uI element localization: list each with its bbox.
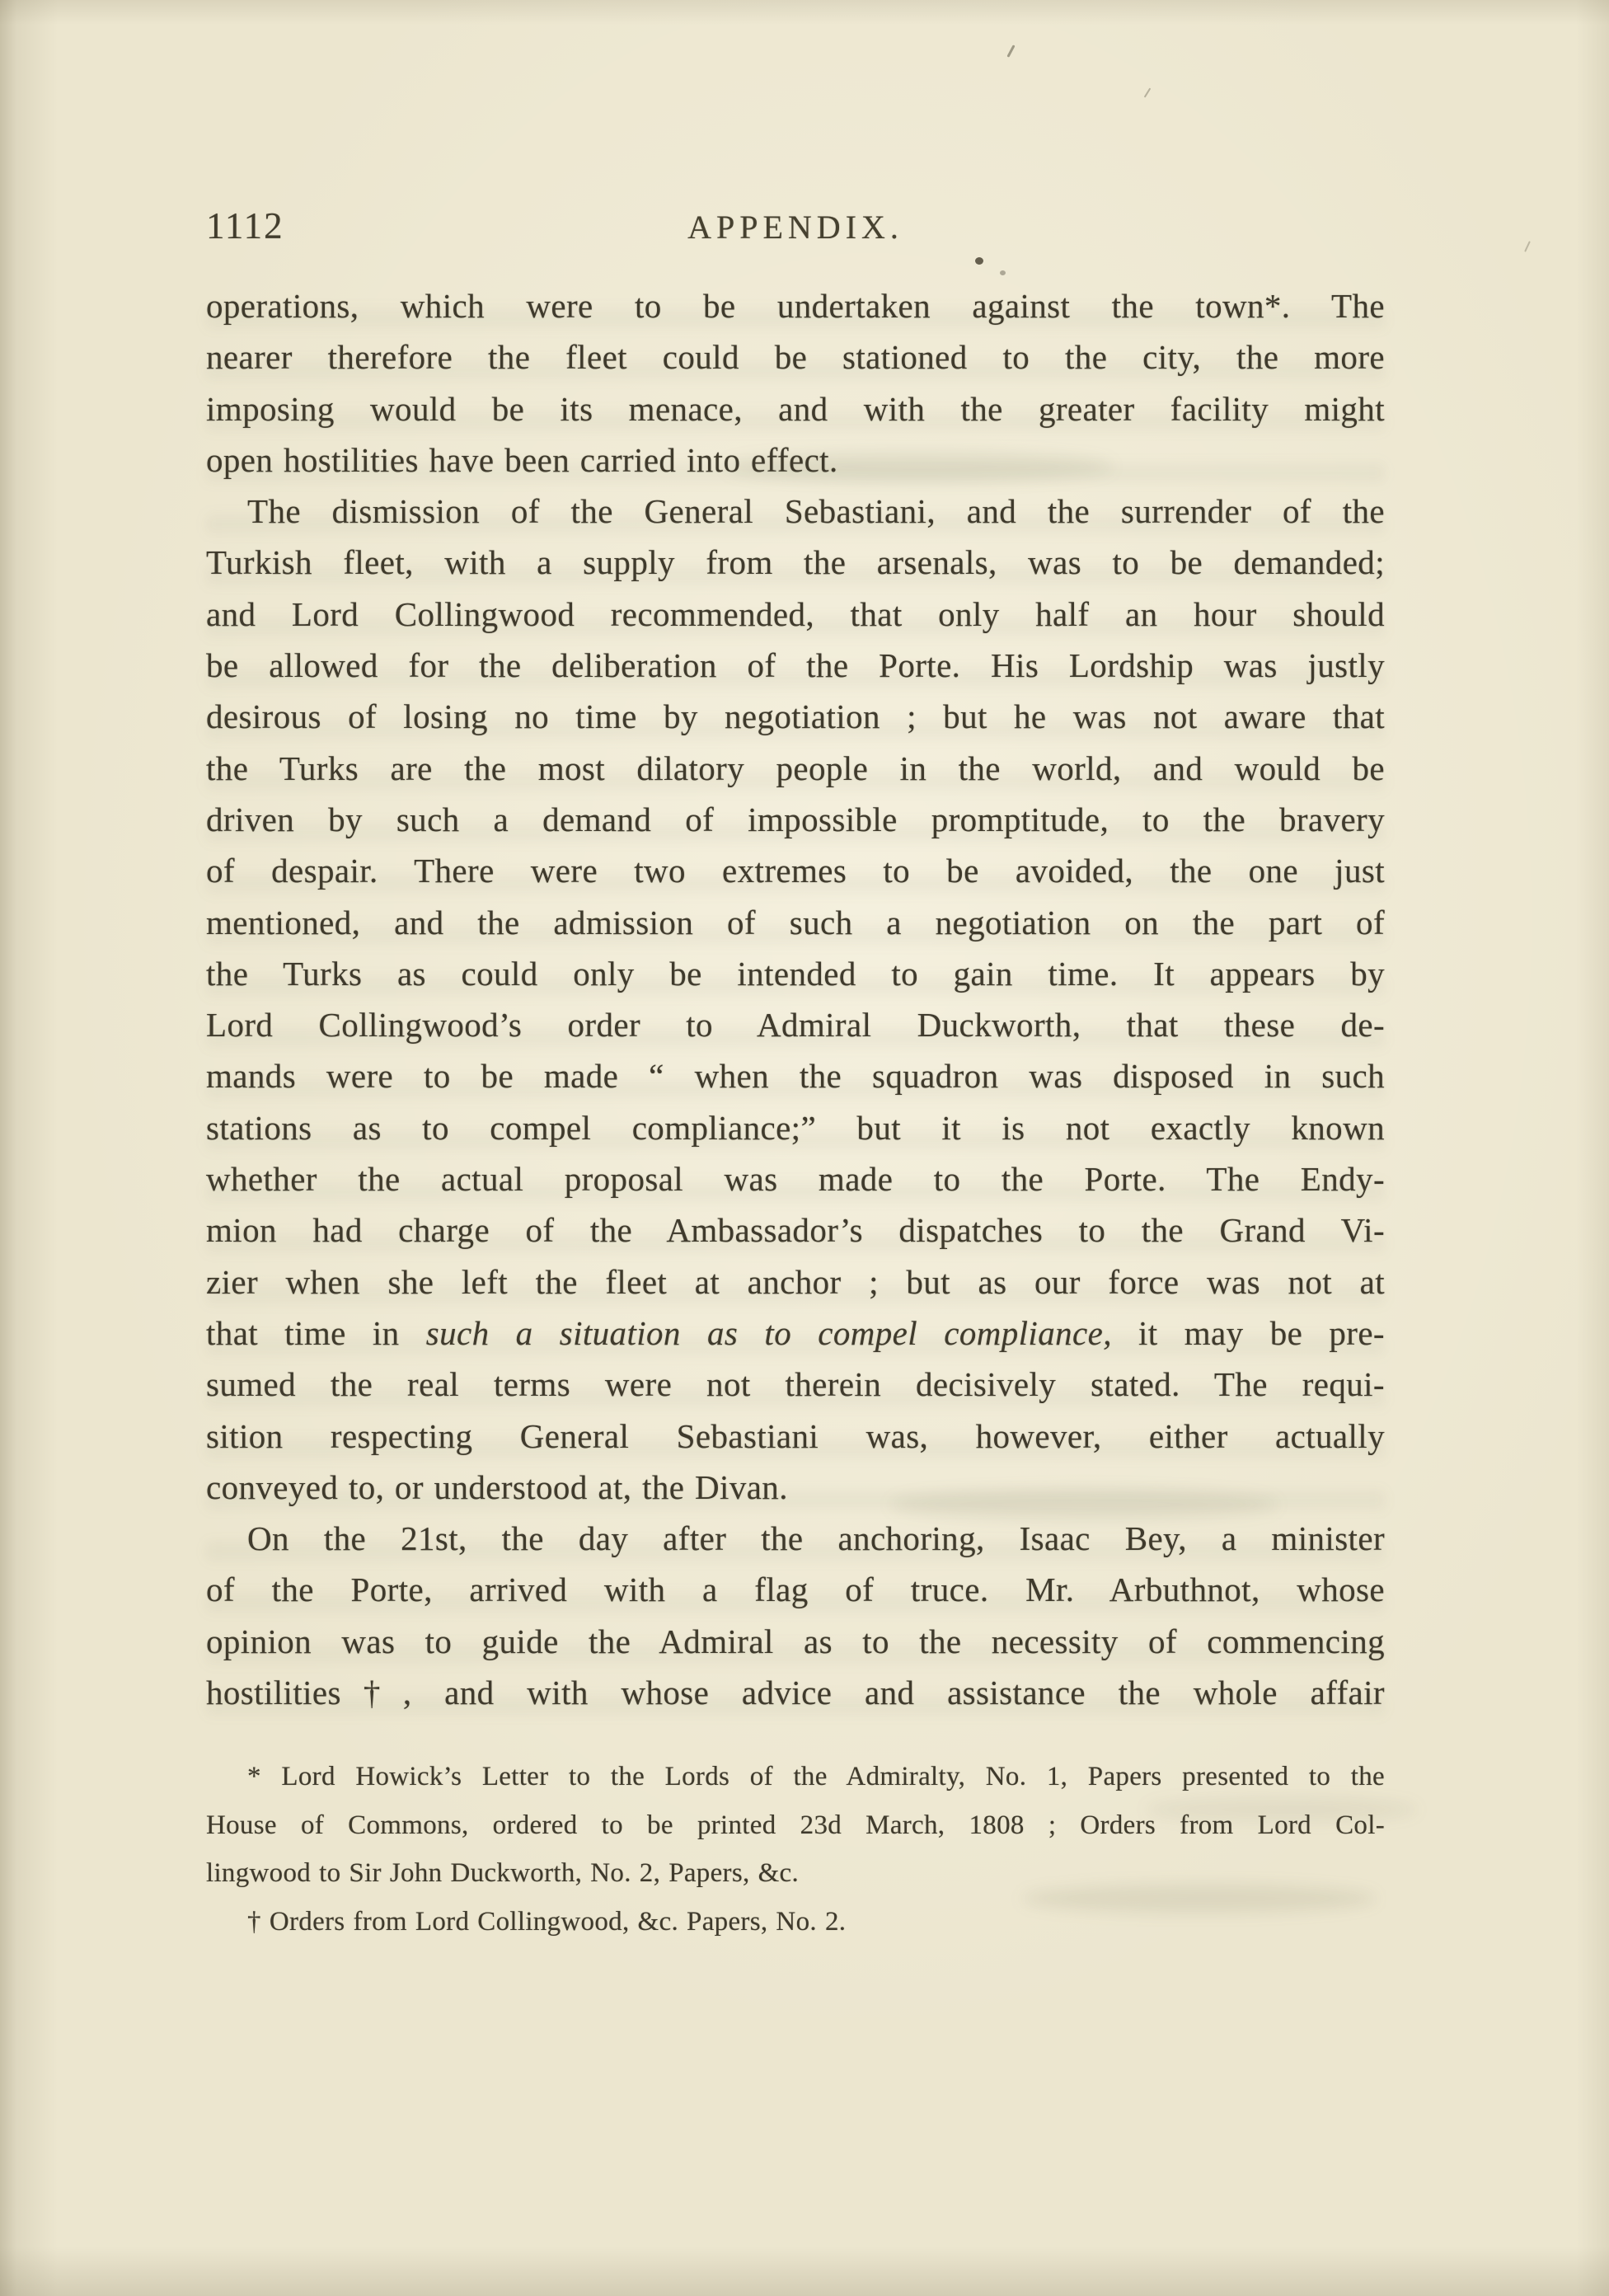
text-line: mentioned, and the admission of such a n… [206, 897, 1385, 948]
text-line: stations as to compel compliance;” but i… [206, 1102, 1385, 1153]
text-line: open hostilities have been carried into … [206, 434, 1385, 486]
book-page: 1112 APPENDIX. operations, which were to… [0, 0, 1609, 2296]
text-line: Turkish fleet, with a supply from the ar… [206, 537, 1385, 588]
text-line: Lord Collingwood’s order to Admiral Duck… [206, 999, 1385, 1050]
page-header: 1112 APPENDIX. [206, 204, 1385, 251]
text-line: sition respecting General Sebastiani was… [206, 1411, 1385, 1462]
text-line: On the 21st, the day after the anchoring… [206, 1513, 1385, 1564]
text-line: and Lord Collingwood recommended, that o… [206, 589, 1385, 640]
text-line: the Turks are the most dilatory people i… [206, 743, 1385, 794]
text-line: that time in such a situation as to comp… [206, 1308, 1385, 1359]
text-line: zier when she left the fleet at anchor ;… [206, 1256, 1385, 1308]
text-line: operations, which were to be undertaken … [206, 280, 1385, 331]
text-line: mion had charge of the Ambassador’s disp… [206, 1204, 1385, 1256]
text-line: * Lord Howick’s Letter to the Lords of t… [206, 1753, 1385, 1801]
text-line: be allowed for the deliberation of the P… [206, 640, 1385, 691]
text-line: mands were to be made “ when the squadro… [206, 1050, 1385, 1101]
ink-speck [1144, 87, 1152, 97]
text-line: the Turks as could only be intended to g… [206, 948, 1385, 999]
text-line: of despair. There were two extremes to b… [206, 845, 1385, 896]
running-title: APPENDIX. [687, 208, 903, 247]
text-line: The dismission of the General Sebastiani… [206, 486, 1385, 537]
ink-speck [1524, 241, 1531, 252]
text-line: hostilities†, and with whose advice and … [206, 1667, 1385, 1718]
ink-blot [1000, 270, 1006, 275]
ink-speck [1006, 45, 1015, 58]
text-line: nearer therefore the fleet could be stat… [206, 331, 1385, 383]
body-text: operations, which were to be undertaken … [206, 280, 1385, 1718]
page-number: 1112 [206, 204, 284, 247]
footnotes: * Lord Howick’s Letter to the Lords of t… [206, 1753, 1385, 1946]
text-line: whether the actual proposal was made to … [206, 1153, 1385, 1204]
text-line: sumed the real terms were not therein de… [206, 1359, 1385, 1410]
text-line: desirous of losing no time by negotiatio… [206, 691, 1385, 742]
text-line: of the Porte, arrived with a flag of tru… [206, 1564, 1385, 1615]
ink-blot [975, 257, 983, 265]
text-line: imposing would be its menace, and with t… [206, 383, 1385, 434]
text-line: driven by such a demand of impossible pr… [206, 794, 1385, 845]
text-line: opinion was to guide the Admiral as to t… [206, 1616, 1385, 1667]
text-line: † Orders from Lord Collingwood, &c. Pape… [206, 1898, 1385, 1946]
text-line: conveyed to, or understood at, the Divan… [206, 1462, 1385, 1513]
text-line: lingwood to Sir John Duckworth, No. 2, P… [206, 1849, 1385, 1898]
text-line: House of Commons, ordered to be printed … [206, 1801, 1385, 1850]
